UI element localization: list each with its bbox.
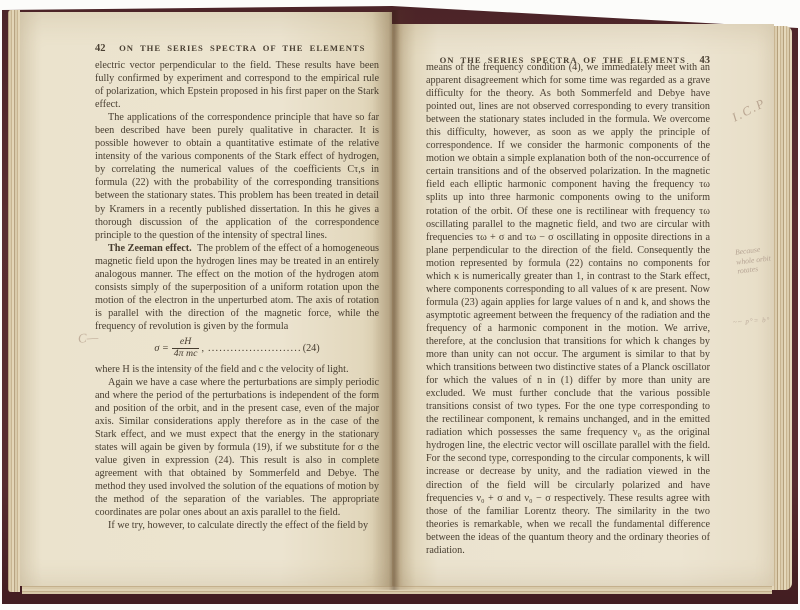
left-page: 42 ON THE SERIES SPECTRA OF THE ELEMENTS… — [20, 12, 392, 586]
formula-denominator: 4π mc — [172, 348, 200, 360]
left-page-header: 42 ON THE SERIES SPECTRA OF THE ELEMENTS — [95, 43, 379, 54]
formula-lhs: σ = — [154, 342, 168, 355]
formula-comma: , — [201, 342, 204, 355]
formula-fraction: eH 4π mc — [172, 337, 200, 360]
right-page: ON THE SERIES SPECTRA OF THE ELEMENTS 43… — [392, 24, 774, 586]
page-number-left: 42 — [95, 43, 106, 54]
pencil-loop-mark: C— — [77, 329, 98, 346]
paragraph: Again we have a case where the perturbat… — [95, 376, 379, 520]
paragraph: means of the frequency condition (4), we… — [426, 61, 710, 557]
paragraph: where H is the intensity of the field an… — [95, 363, 379, 376]
formula-24: σ = eH 4π mc , .........................… — [95, 337, 379, 360]
equation-number: (24) — [303, 342, 320, 355]
paragraph-zeeman: The Zeeman effect. The problem of the ef… — [95, 242, 379, 333]
book-photo: 42 ON THE SERIES SPECTRA OF THE ELEMENTS… — [0, 0, 800, 610]
running-header-left: ON THE SERIES SPECTRA OF THE ELEMENTS — [106, 43, 380, 53]
paragraph: electric vector perpendicular to the fie… — [95, 59, 379, 111]
page-edges-left — [8, 10, 20, 592]
page-edges-fore — [772, 26, 792, 590]
paragraph-text: The problem of the effect of a homogeneo… — [95, 243, 379, 332]
formula-dot-leader: ......................... — [208, 342, 302, 355]
paragraph: If we try, however, to calculate directl… — [95, 519, 379, 532]
formula-numerator: eH — [180, 337, 191, 348]
right-page-body: means of the frequency condition (4), we… — [426, 61, 710, 557]
left-page-body: electric vector perpendicular to the fie… — [95, 59, 379, 532]
paragraph: The applications of the correspondence p… — [95, 111, 379, 241]
zeeman-effect-lead: The Zeeman effect. — [108, 243, 192, 254]
